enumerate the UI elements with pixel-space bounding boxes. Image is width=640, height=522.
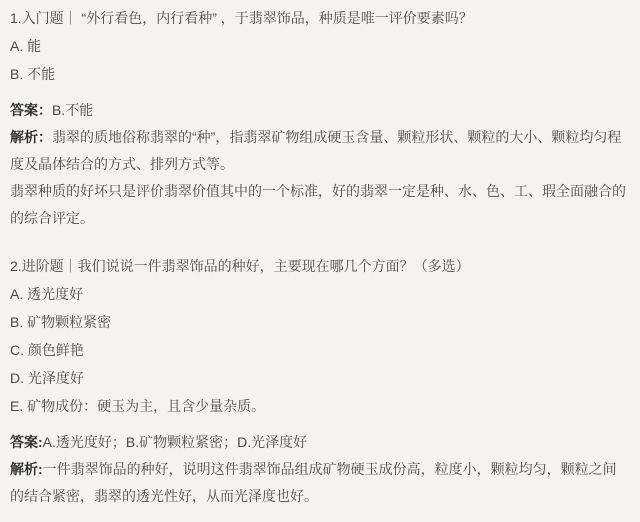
question-2-option-c: C. 颜色鲜艳 xyxy=(10,336,630,364)
quiz-article: 1.入门题｜ “外行看色，内行看种” ，于翡翠饰品，种质是唯一评价要素吗？ A.… xyxy=(10,4,630,510)
analysis-paragraph: 解析：翡翠的质地俗称翡翠的“种”，指翡翠矿物组成硬玉含量、颗粒形状、颗粒的大小、… xyxy=(10,124,630,178)
question-2-analysis: 解析:一件翡翠饰品的种好，说明这件翡翠饰品组成矿物硬玉成份高，粒度小，颗粒均匀，… xyxy=(10,456,630,510)
question-1-title: 1.入门题｜ “外行看色，内行看种” ，于翡翠饰品，种质是唯一评价要素吗？ xyxy=(10,4,630,32)
question-2-title: 2.进阶题｜我们说说一件翡翠饰品的种好，主要现在哪几个方面？（多选） xyxy=(10,252,630,280)
answer-label: 答案: xyxy=(10,434,43,450)
question-2-answer-line: 答案:A.透光度好；B.矿物颗粒紧密；D.光泽度好 xyxy=(10,428,630,456)
answer-text: A.透光度好；B.矿物颗粒紧密；D.光泽度好 xyxy=(43,434,307,450)
answer-text: B.不能 xyxy=(52,102,93,118)
analysis-text: 翡翠的质地俗称翡翠的“种”，指翡翠矿物组成硬玉含量、颗粒形状、颗粒的大小、颗粒均… xyxy=(10,129,621,172)
question-2-option-b: B. 矿物颗粒紧密 xyxy=(10,308,630,336)
question-1-option-b: B. 不能 xyxy=(10,60,630,88)
analysis-paragraph: 解析:一件翡翠饰品的种好，说明这件翡翠饰品组成矿物硬玉成份高，粒度小，颗粒均匀，… xyxy=(10,456,630,510)
question-2-option-a: A. 透光度好 xyxy=(10,280,630,308)
analysis-paragraph: 翡翠种质的好坏只是评价翡翠价值其中的一个标准，好的翡翠一定是种、水、色、工、瑕全… xyxy=(10,178,630,232)
analysis-text: 一件翡翠饰品的种好，说明这件翡翠饰品组成矿物硬玉成份高，粒度小，颗粒均匀，颗粒之… xyxy=(10,461,617,504)
question-2-option-d: D. 光泽度好 xyxy=(10,364,630,392)
analysis-label: 解析： xyxy=(10,129,52,145)
question-1-answer-line: 答案：B.不能 xyxy=(10,96,630,124)
question-1-option-a: A. 能 xyxy=(10,32,630,60)
question-block-1: 1.入门题｜ “外行看色，内行看种” ，于翡翠饰品，种质是唯一评价要素吗？ A.… xyxy=(10,4,630,232)
question-2-option-e: E. 矿物成份：硬玉为主，且含少量杂质。 xyxy=(10,392,630,420)
question-1-analysis: 解析：翡翠的质地俗称翡翠的“种”，指翡翠矿物组成硬玉含量、颗粒形状、颗粒的大小、… xyxy=(10,124,630,232)
question-block-2: 2.进阶题｜我们说说一件翡翠饰品的种好，主要现在哪几个方面？（多选） A. 透光… xyxy=(10,252,630,510)
analysis-label: 解析: xyxy=(10,461,43,477)
answer-label: 答案： xyxy=(10,102,52,118)
